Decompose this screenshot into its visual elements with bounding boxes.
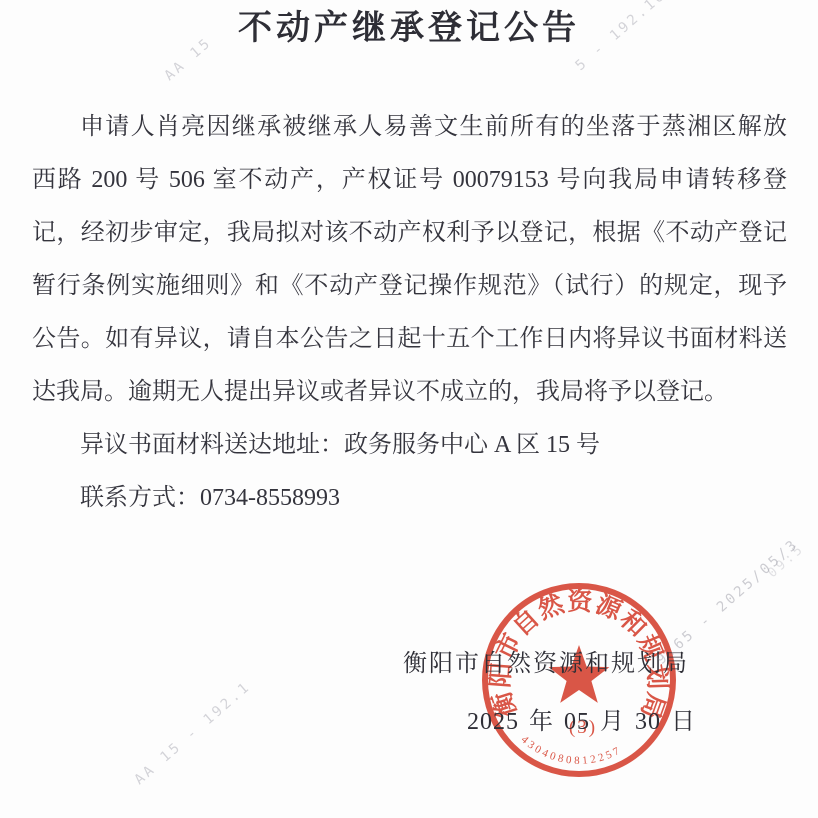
official-seal-stamp: 衡阳市自然资源和规划局 (3) 4304080812257: [479, 580, 679, 790]
issuing-authority: 衡阳市自然资源和规划局: [403, 643, 689, 678]
body-line: 公告。如有异议，请自本公告之日起十五个工作日内将异议书面材料送: [32, 313, 787, 366]
objection-address-line: 异议书面材料送达地址：政务服务中心 A 区 15 号: [32, 419, 787, 472]
body-line: 西路 200 号 506 室不动产，产权证号 00079153 号向我局申请转移…: [32, 154, 787, 207]
contact-phone-line: 联系方式：0734-8558993: [32, 472, 787, 525]
notice-body: 申请人肖亮因继承被继承人易善文生前所有的坐落于蒸湘区解放 西路 200 号 50…: [32, 101, 787, 525]
body-line: 记，经初步审定，我局拟对该不动产权利予以登记，根据《不动产登记: [32, 207, 787, 260]
scan-watermark-fragment: AA 15 - 192.1: [132, 678, 255, 788]
body-line: 达我局。逾期无人提出异议或者异议不成立的，我局将予以登记。: [32, 366, 787, 419]
body-line: 申请人肖亮因继承被继承人易善文生前所有的坐落于蒸湘区解放: [32, 101, 787, 154]
body-line: 暂行条例实施细则》和《不动产登记操作规范》（试行）的规定，现予: [32, 260, 787, 313]
scanned-notice-page: AA 15 5 - 192.16 9.65 - 2025/05/3 AA 15 …: [0, 0, 818, 818]
issue-date: 2025 年 05 月 30 日: [467, 701, 696, 736]
notice-title: 不动产继承登记公告: [0, 0, 818, 49]
